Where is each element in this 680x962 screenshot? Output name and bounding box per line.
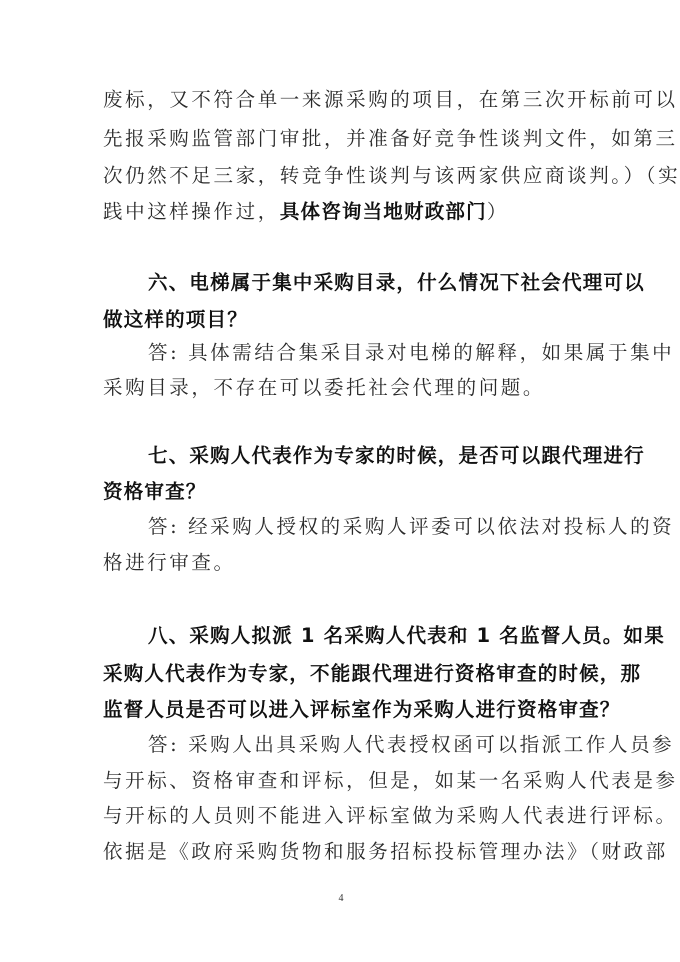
answer-line: 依据是《政府采购货物和服务招标投标管理办法》（财政部	[103, 840, 579, 864]
answer-line: 与开标、资格审查和评标，但是，如某一名采购人代表是参	[103, 769, 579, 793]
question-heading: 七、采购人代表作为专家的时候，是否可以跟代理进行	[148, 444, 580, 468]
answer-line: 与开标的人员则不能进入评标室做为采购人代表进行评标。	[103, 804, 579, 828]
paragraph-text: ）	[487, 200, 509, 223]
emphasis-text: 具体咨询当地财政部门	[280, 200, 487, 223]
paragraph-line: 次仍然不足三家，转竞争性谈判与该两家供应商谈判。）（实	[103, 164, 579, 188]
document-page: 废标，又不符合单一来源采购的项目，在第三次开标前可以 先报采购监管部门审批，并准…	[0, 0, 680, 962]
page-number: 4	[335, 893, 347, 904]
answer-line: 采购目录，不存在可以委托社会代理的问题。	[103, 376, 579, 400]
paragraph-line: 先报采购监管部门审批，并准备好竞争性谈判文件，如第三	[103, 127, 579, 151]
question-heading: 资格审查？	[103, 480, 579, 504]
answer-line: 答: 具体需结合集采目录对电梯的解释，如果属于集中	[148, 341, 580, 365]
answer-line: 格进行审查。	[103, 551, 579, 575]
paragraph-line: 践中这样操作过，具体咨询当地财政部门）	[103, 200, 579, 224]
question-heading: 做这样的项目？	[103, 308, 579, 332]
question-heading: 监督人员是否可以进入评标室作为采购人进行资格审查？	[103, 698, 579, 722]
paragraph-text: 践中这样操作过，	[103, 200, 280, 223]
question-heading: 八、采购人拟派 1 名采购人代表和 1 名监督人员。如果	[148, 624, 580, 648]
answer-line: 答: 经采购人授权的采购人评委可以依法对投标人的资	[148, 515, 580, 539]
question-heading: 采购人代表作为专家，不能跟代理进行资格审查的时候，那	[103, 662, 579, 686]
question-heading: 六、电梯属于集中采购目录，什么情况下社会代理可以	[148, 271, 580, 295]
paragraph-line: 废标，又不符合单一来源采购的项目，在第三次开标前可以	[103, 88, 579, 112]
answer-line: 答: 采购人出具采购人代表授权函可以指派工作人员参	[148, 733, 580, 757]
